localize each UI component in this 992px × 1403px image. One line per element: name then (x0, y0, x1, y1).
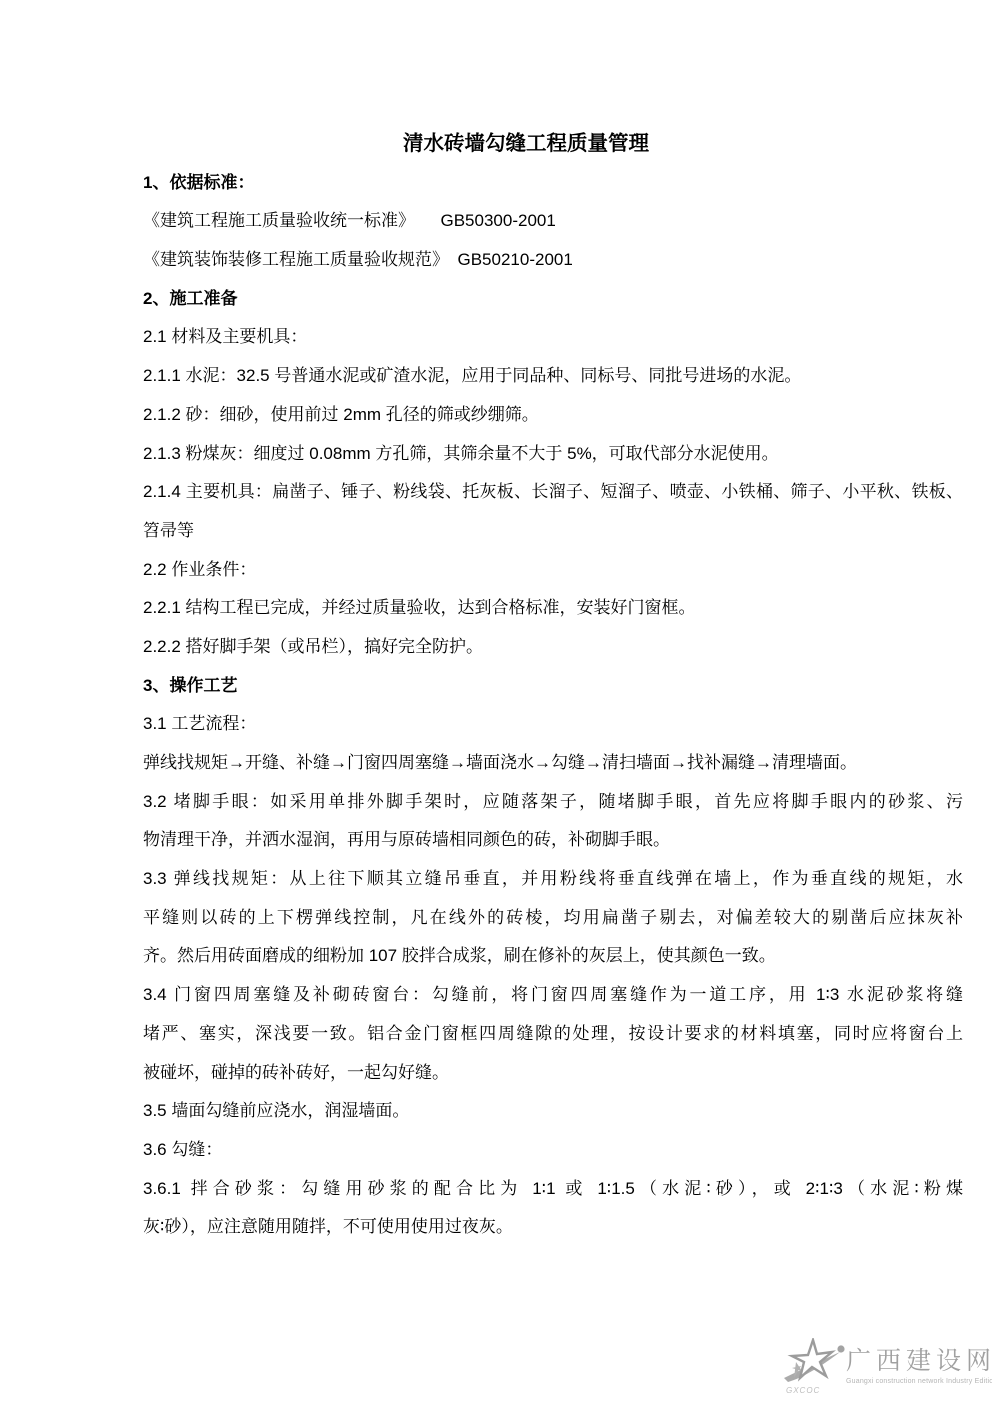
doc-line-14: 3.1 工艺流程： (143, 705, 963, 744)
doc-line-11: 2.2.1 结构工程已完成，并经过质量验收，达到合格标准，安装好门窗框。 (143, 589, 963, 628)
doc-line-9: 笤帚等 (143, 512, 963, 551)
doc-line-12: 2.2.2 搭好脚手架（或吊栏），搞好完全防护。 (143, 628, 963, 667)
doc-line-3: 2、施工准备 (143, 280, 963, 319)
star-logo-icon (782, 1338, 846, 1390)
doc-line-2: 《建筑装饰装修工程施工质量验收规范》 GB50210-2001 (143, 241, 963, 280)
doc-line-21: 3.4 门窗四周塞缝及补砌砖窗台：勾缝前，将门窗四周塞缝作为一道工序，用 1∶3… (143, 976, 963, 1015)
document-page: 清水砖墙勾缝工程质量管理 1、依据标准： 《建筑工程施工质量验收统一标准》 GB… (0, 0, 992, 1403)
doc-line-20: 齐。然后用砖面磨成的细粉加 107 胶拌合成浆，刷在修补的灰层上，使其颜色一致。 (143, 937, 963, 976)
doc-line-5: 2.1.1 水泥：32.5 号普通水泥或矿渣水泥，应用于同品种、同标号、同批号进… (143, 357, 963, 396)
doc-line-16: 3.2 堵脚手眼：如采用单排外脚手架时，应随落架子，随堵脚手眼，首先应将脚手眼内… (143, 783, 963, 822)
doc-line-26: 3.6.1 拌合砂浆：勾缝用砂浆的配合比为 1∶1 或 1∶1.5（水泥∶砂），… (143, 1170, 963, 1209)
logo-name: 广西建设网 (846, 1348, 992, 1376)
doc-line-4: 2.1 材料及主要机具： (143, 318, 963, 357)
doc-line-15: 弹线找规矩→开缝、补缝→门窗四周塞缝→墙面浇水→勾缝→清扫墙面→找补漏缝→清理墙… (143, 744, 963, 783)
doc-line-1: 《建筑工程施工质量验收统一标准》 GB50300-2001 (143, 202, 963, 241)
doc-line-22: 堵严、塞实，深浅要一致。铝合金门窗框四周缝隙的处理，按设计要求的材料填塞，同时应… (143, 1015, 963, 1054)
doc-line-19: 平缝则以砖的上下楞弹线控制，凡在线外的砖棱，均用扁凿子剔去，对偏差较大的剔凿后应… (143, 899, 963, 938)
document-body: 清水砖墙勾缝工程质量管理 1、依据标准： 《建筑工程施工质量验收统一标准》 GB… (143, 125, 963, 1247)
doc-line-6: 2.1.2 砂：细砂，使用前过 2mm 孔径的筛或纱绷筛。 (143, 396, 963, 435)
watermark-logo: GXCOC 广西建设网 Guangxi construction network… (780, 1338, 992, 1402)
doc-line-23: 被碰坏，碰掉的砖补砖好，一起勾好缝。 (143, 1054, 963, 1093)
logo-text-block: 广西建设网 Guangxi construction network Indus… (846, 1348, 992, 1385)
doc-line-10: 2.2 作业条件： (143, 551, 963, 590)
doc-title: 清水砖墙勾缝工程质量管理 (143, 125, 909, 164)
doc-line-13: 3、操作工艺 (143, 667, 963, 706)
doc-line-27: 灰∶砂），应注意随用随拌，不可使用使用过夜灰。 (143, 1208, 963, 1247)
doc-line-18: 3.3 弹线找规矩：从上往下顺其立缝吊垂直，并用粉线将垂直线弹在墙上，作为垂直线… (143, 860, 963, 899)
logo-mark-caption: GXCOC (786, 1386, 820, 1395)
doc-line-0: 1、依据标准： (143, 164, 963, 203)
logo-subtitle: Guangxi construction network Industry Ed… (846, 1378, 992, 1385)
doc-line-24: 3.5 墙面勾缝前应浇水，润湿墙面。 (143, 1092, 963, 1131)
doc-line-7: 2.1.3 粉煤灰：细度过 0.08mm 方孔筛，其筛余量不大于 5%，可取代部… (143, 435, 963, 474)
doc-line-17: 物清理干净，并洒水湿润，再用与原砖墙相同颜色的砖，补砌脚手眼。 (143, 821, 963, 860)
doc-line-25: 3.6 勾缝： (143, 1131, 963, 1170)
doc-line-8: 2.1.4 主要机具：扁凿子、锤子、粉线袋、托灰板、长溜子、短溜子、喷壶、小铁桶… (143, 473, 963, 512)
